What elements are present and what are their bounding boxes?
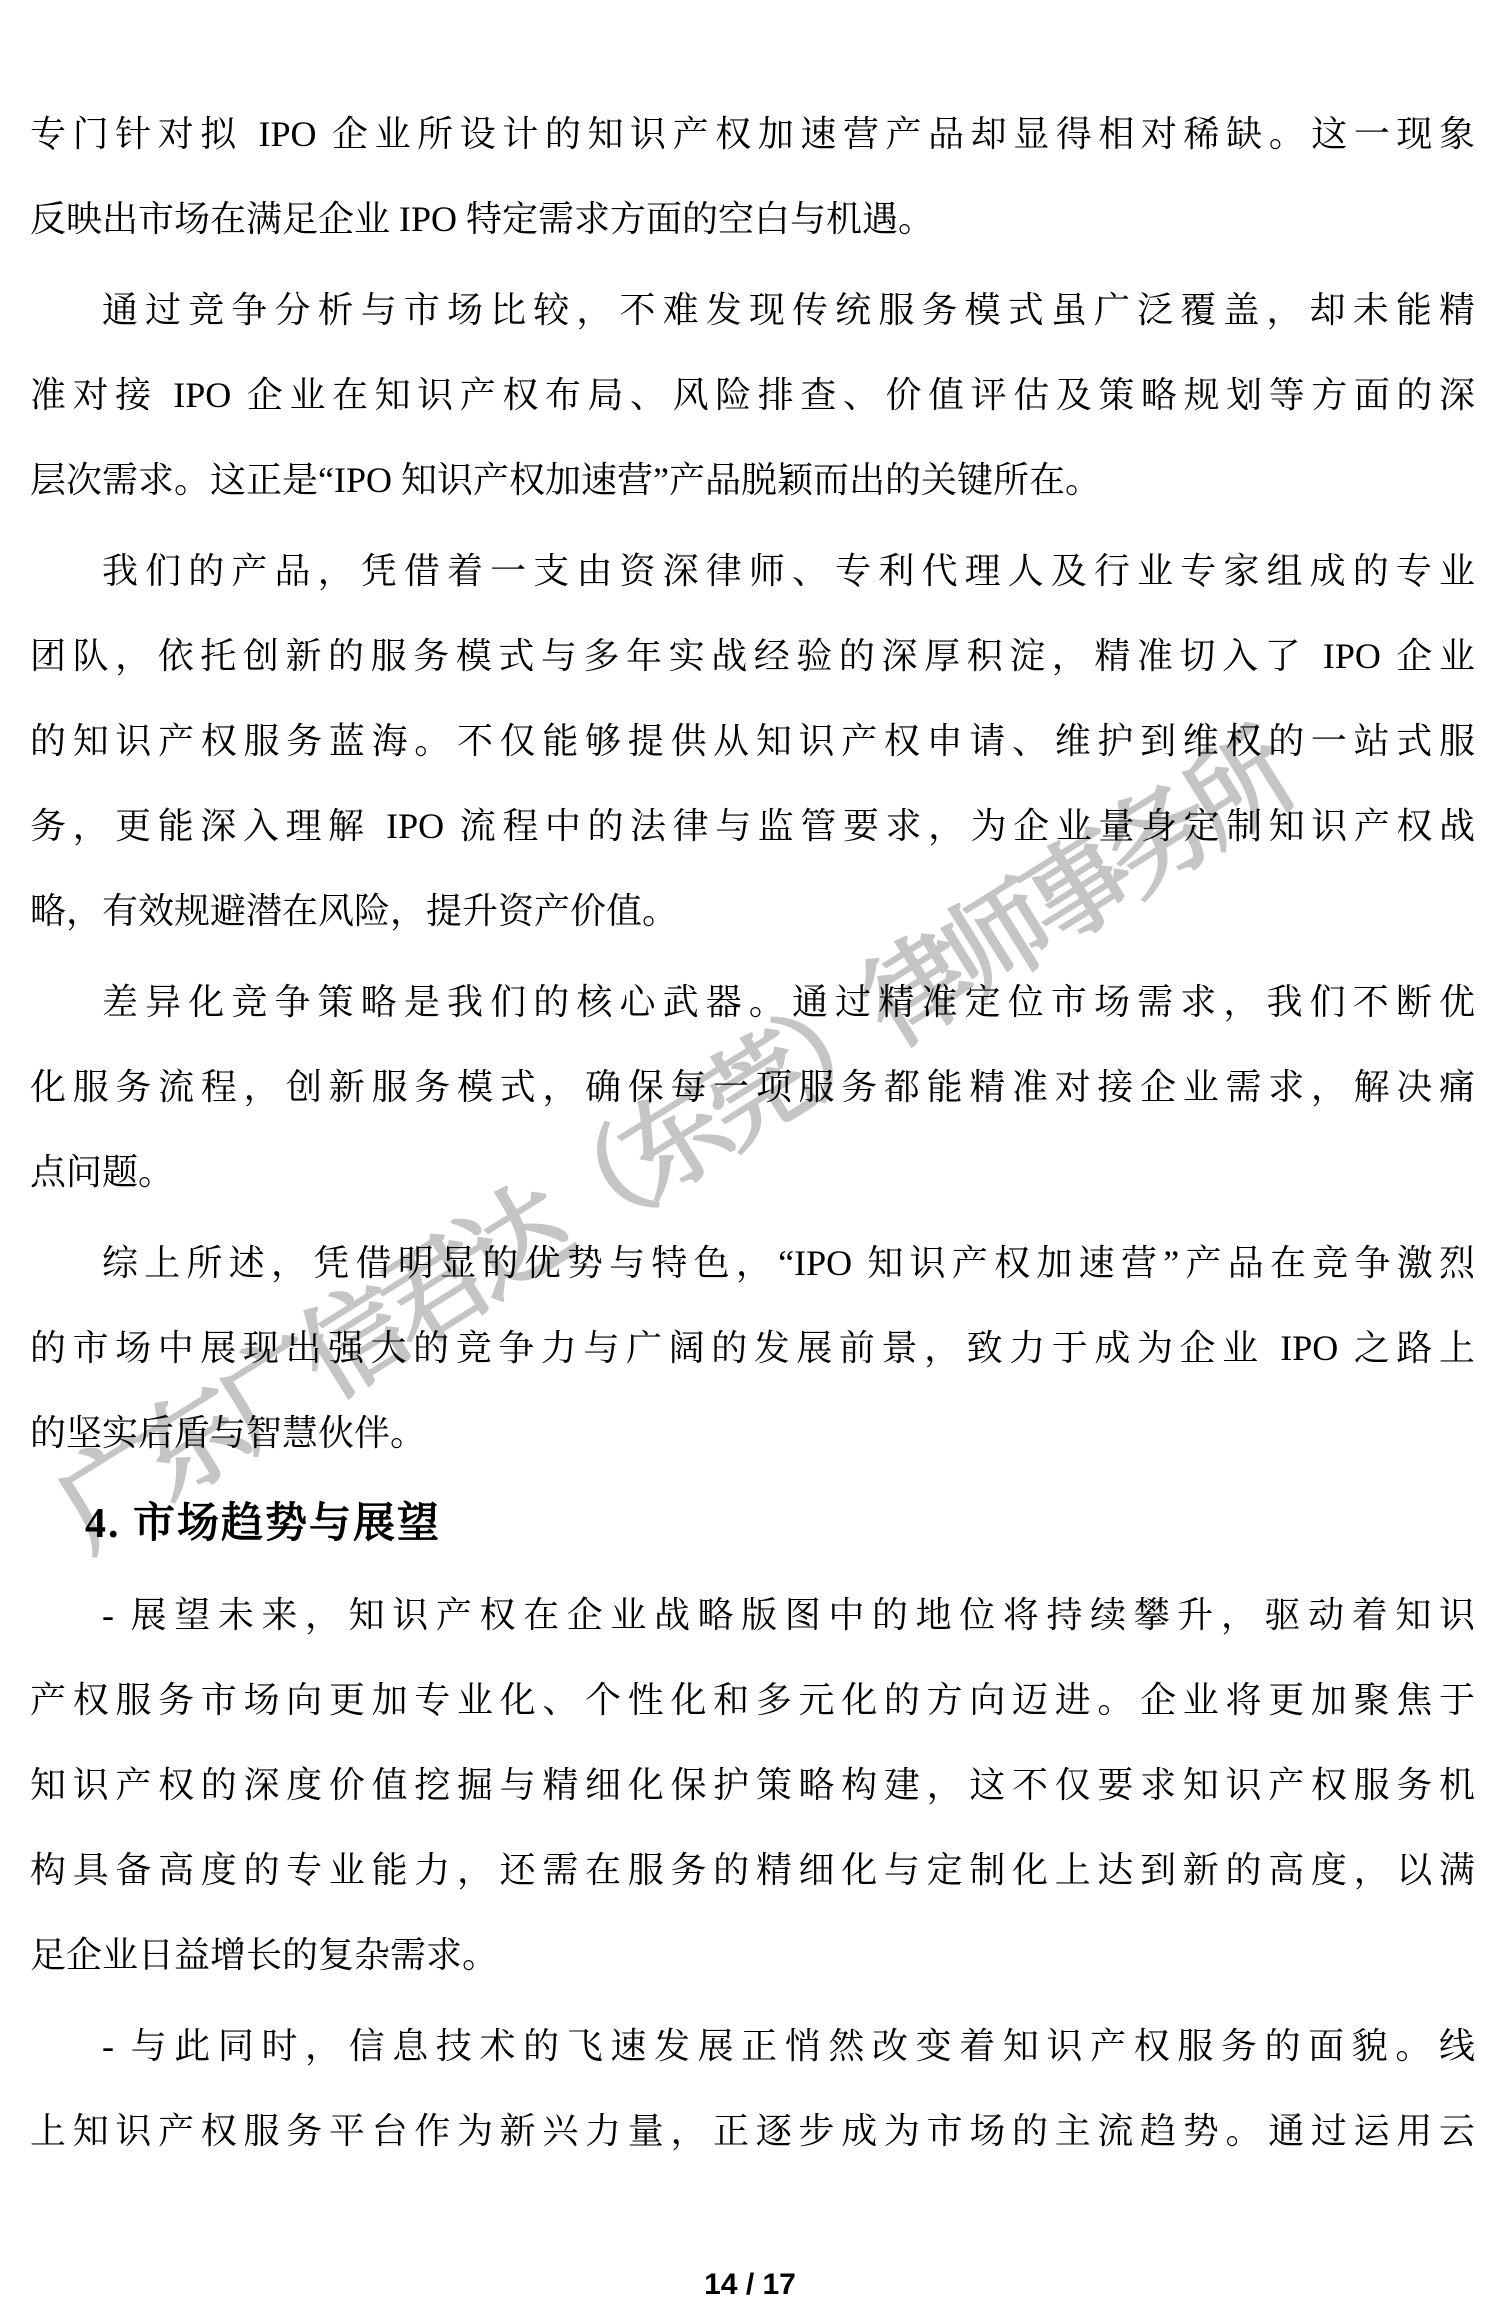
paragraph: 专门针对拟 IPO 企业所设计的知识产权加速营产品却显得相对稀缺。这一现象反映出… bbox=[30, 92, 1475, 262]
text-line: 的坚实后盾与智慧伙伴。 bbox=[30, 1391, 1475, 1476]
document-body: 专门针对拟 IPO 企业所设计的知识产权加速营产品却显得相对稀缺。这一现象反映出… bbox=[30, 92, 1475, 2174]
text-line: 足企业日益增长的复杂需求。 bbox=[30, 1913, 1475, 1998]
text-line: 产权服务市场向更加专业化、个性化和多元化的方向迈进。企业将更加聚焦于 bbox=[30, 1658, 1475, 1743]
text-line: 层次需求。这正是“IPO 知识产权加速营”产品脱颖而出的关键所在。 bbox=[30, 438, 1475, 523]
text-line: - 与此同时，信息技术的飞速发展正悄然改变着知识产权服务的面貌。线 bbox=[30, 2004, 1475, 2089]
text-line: 知识产权的深度价值挖掘与精细化保护策略构建，这不仅要求知识产权服务机 bbox=[30, 1743, 1475, 1828]
text-line: 通过竞争分析与市场比较，不难发现传统服务模式虽广泛覆盖，却未能精 bbox=[30, 268, 1475, 353]
paragraph: - 与此同时，信息技术的飞速发展正悄然改变着知识产权服务的面貌。线上知识产权服务… bbox=[30, 2004, 1475, 2174]
page-number: 14 / 17 bbox=[704, 2268, 796, 2301]
paragraph: 我们的产品，凭借着一支由资深律师、专利代理人及行业专家组成的专业团队，依托创新的… bbox=[30, 529, 1475, 954]
text-line: 上知识产权服务平台作为新兴力量，正逐步成为市场的主流趋势。通过运用云 bbox=[30, 2089, 1475, 2174]
text-line: 团队，依托创新的服务模式与多年实战经验的深厚积淀，精准切入了 IPO 企业 bbox=[30, 614, 1475, 699]
text-line: 的市场中展现出强大的竞争力与广阔的发展前景，致力于成为企业 IPO 之路上 bbox=[30, 1306, 1475, 1391]
paragraph: - 展望未来，知识产权在企业战略版图中的地位将持续攀升，驱动着知识产权服务市场向… bbox=[30, 1573, 1475, 1998]
paragraph: 综上所述，凭借明显的优势与特色，“IPO 知识产权加速营”产品在竞争激烈的市场中… bbox=[30, 1221, 1475, 1476]
text-line: 点问题。 bbox=[30, 1130, 1475, 1215]
section-heading: 4. 市场趋势与展望 bbox=[30, 1482, 1475, 1567]
text-line: 差异化竞争策略是我们的核心武器。通过精准定位市场需求，我们不断优 bbox=[30, 960, 1475, 1045]
text-line: - 展望未来，知识产权在企业战略版图中的地位将持续攀升，驱动着知识 bbox=[30, 1573, 1475, 1658]
document-page: 广东广信君达（东莞）律师事务所 专门针对拟 IPO 企业所设计的知识产权加速营产… bbox=[0, 0, 1500, 2322]
text-line: 准对接 IPO 企业在知识产权布局、风险排查、价值评估及策略规划等方面的深 bbox=[30, 353, 1475, 438]
text-line: 反映出市场在满足企业 IPO 特定需求方面的空白与机遇。 bbox=[30, 177, 1475, 262]
paragraph: 通过竞争分析与市场比较，不难发现传统服务模式虽广泛覆盖，却未能精准对接 IPO … bbox=[30, 268, 1475, 523]
text-line: 我们的产品，凭借着一支由资深律师、专利代理人及行业专家组成的专业 bbox=[30, 529, 1475, 614]
text-line: 化服务流程，创新服务模式，确保每一项服务都能精准对接企业需求，解决痛 bbox=[30, 1045, 1475, 1130]
text-line: 的知识产权服务蓝海。不仅能够提供从知识产权申请、维护到维权的一站式服 bbox=[30, 699, 1475, 784]
text-line: 专门针对拟 IPO 企业所设计的知识产权加速营产品却显得相对稀缺。这一现象 bbox=[30, 92, 1475, 177]
paragraph: 差异化竞争策略是我们的核心武器。通过精准定位市场需求，我们不断优化服务流程，创新… bbox=[30, 960, 1475, 1215]
text-line: 综上所述，凭借明显的优势与特色，“IPO 知识产权加速营”产品在竞争激烈 bbox=[30, 1221, 1475, 1306]
text-line: 务，更能深入理解 IPO 流程中的法律与监管要求，为企业量身定制知识产权战 bbox=[30, 784, 1475, 869]
page-footer: 14 / 17 bbox=[0, 2262, 1500, 2307]
text-line: 略，有效规避潜在风险，提升资产价值。 bbox=[30, 869, 1475, 954]
text-line: 构具备高度的专业能力，还需在服务的精细化与定制化上达到新的高度，以满 bbox=[30, 1828, 1475, 1913]
